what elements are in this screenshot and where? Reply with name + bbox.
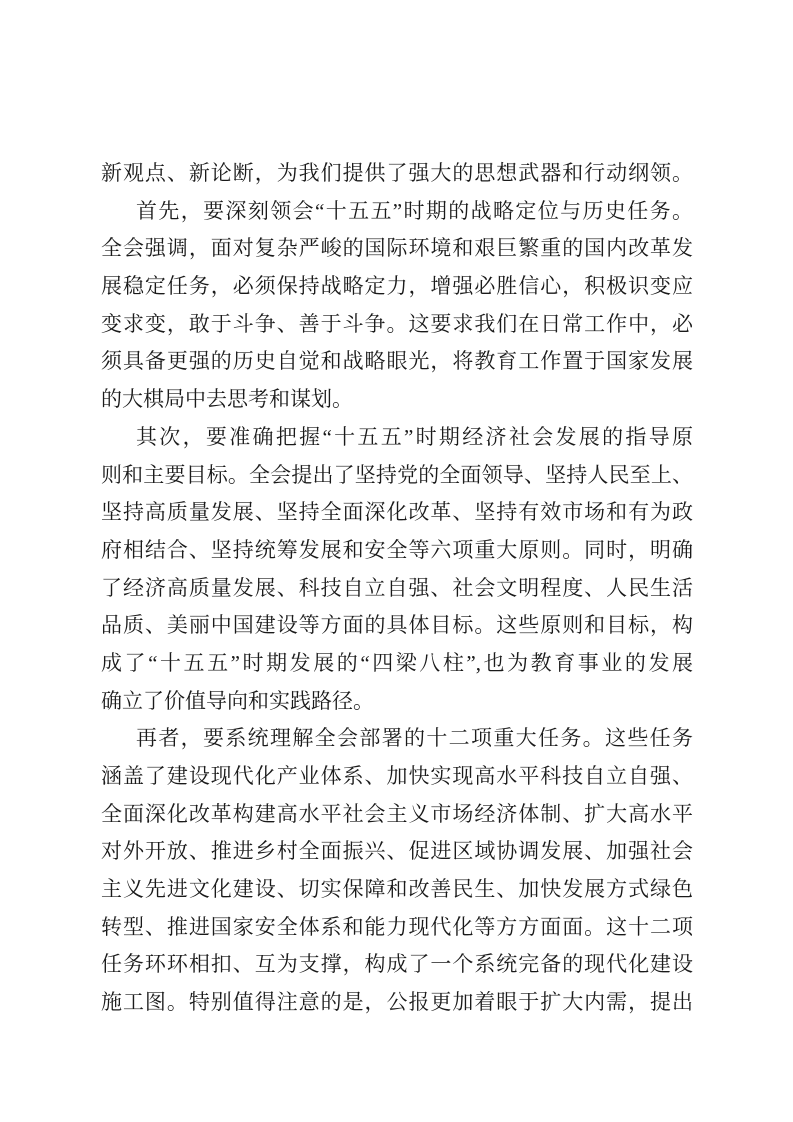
text-line: 涵盖了建设现代化产业体系、加快实现高水平科技自立自强、: [101, 758, 693, 796]
document-body: 新观点、新论断，为我们提供了强大的思想武器和行动纲领。首先，要深刻领会“十五五”…: [101, 155, 693, 1022]
text-line: 首先，要深刻领会“十五五”时期的战略定位与历史任务。: [101, 193, 693, 231]
text-line: 府相结合、坚持统筹发展和安全等六项重大原则。同时，明确: [101, 532, 693, 570]
text-line: 全面深化改革构建高水平社会主义市场经济体制、扩大高水平: [101, 796, 693, 834]
text-line: 施工图。特别值得注意的是，公报更加着眼于扩大内需，提出: [101, 984, 693, 1022]
text-line: 则和主要目标。全会提出了坚持党的全面领导、坚持人民至上、: [101, 457, 693, 495]
text-line: 新观点、新论断，为我们提供了强大的思想武器和行动纲领。: [101, 155, 693, 193]
text-line: 再者，要系统理解全会部署的十二项重大任务。这些任务: [101, 720, 693, 758]
text-line: 的大棋局中去思考和谋划。: [101, 381, 693, 419]
text-line: 对外开放、推进乡村全面振兴、促进区域协调发展、加强社会: [101, 833, 693, 871]
document-page: 新观点、新论断，为我们提供了强大的思想武器和行动纲领。首先，要深刻领会“十五五”…: [0, 0, 793, 1122]
text-line: 主义先进文化建设、切实保障和改善民生、加快发展方式绿色: [101, 871, 693, 909]
text-line: 任务环环相扣、互为支撑，构成了一个系统完备的现代化建设: [101, 946, 693, 984]
text-line: 其次，要准确把握“十五五”时期经济社会发展的指导原: [101, 419, 693, 457]
text-line: 变求变，敢于斗争、善于斗争。这要求我们在日常工作中，必: [101, 306, 693, 344]
text-line: 成了“十五五”时期发展的“四梁八柱”,也为教育事业的发展: [101, 645, 693, 683]
text-line: 须具备更强的历史自觉和战略眼光，将教育工作置于国家发展: [101, 343, 693, 381]
text-line: 转型、推进国家安全体系和能力现代化等方方面面。这十二项: [101, 909, 693, 947]
text-line: 确立了价值导向和实践路径。: [101, 683, 693, 721]
text-line: 全会强调，面对复杂严峻的国际环境和艰巨繁重的国内改革发: [101, 230, 693, 268]
text-line: 展稳定任务，必须保持战略定力，增强必胜信心，积极识变应: [101, 268, 693, 306]
text-line: 坚持高质量发展、坚持全面深化改革、坚持有效市场和有为政: [101, 494, 693, 532]
text-line: 了经济高质量发展、科技自立自强、社会文明程度、人民生活: [101, 570, 693, 608]
text-line: 品质、美丽中国建设等方面的具体目标。这些原则和目标，构: [101, 607, 693, 645]
